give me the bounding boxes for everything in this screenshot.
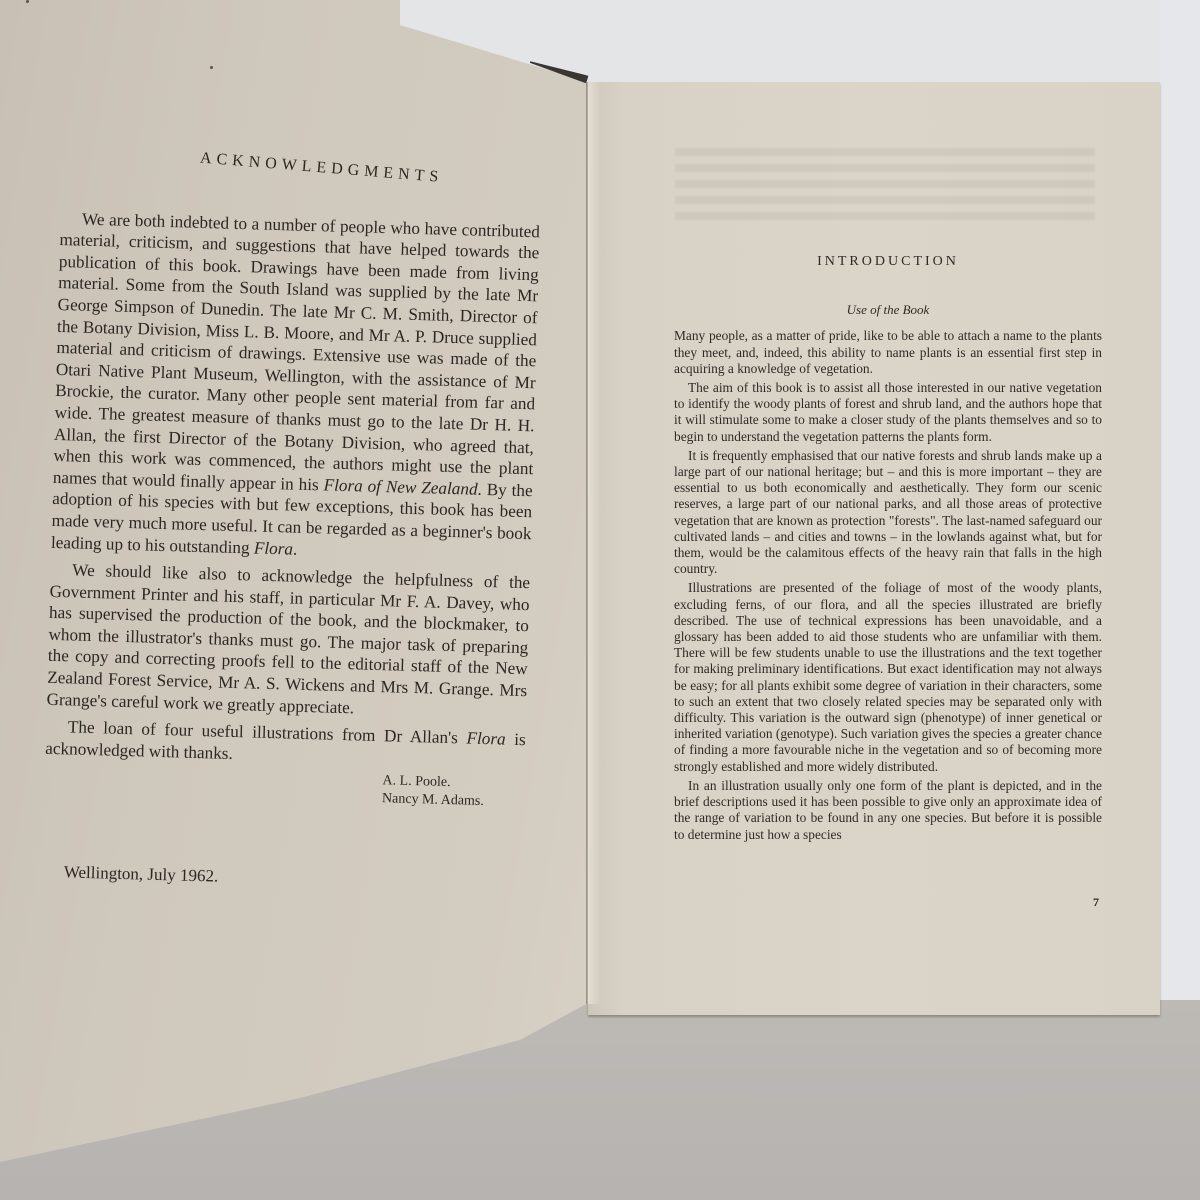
page-number: 7 — [1093, 895, 1099, 910]
ack-paragraph-2: We should like also to acknowledge the h… — [46, 559, 530, 723]
signature-adams: Nancy M. Adams. — [382, 791, 524, 813]
book-gutter — [586, 82, 588, 1004]
section-subtitle: Use of the Book — [674, 302, 1102, 318]
intro-paragraph-1: Many people, as a matter of pride, like … — [674, 328, 1102, 377]
intro-paragraph-4: Illustrations are presented of the folia… — [674, 580, 1102, 774]
introduction-section: INTRODUCTION Use of the Book Many people… — [674, 254, 1102, 846]
book-title-italic: Flora — [254, 538, 294, 558]
gutter-fold — [588, 82, 602, 1004]
paper-speck — [26, 0, 29, 3]
introduction-heading: INTRODUCTION — [674, 254, 1102, 270]
show-through-text — [675, 148, 1095, 228]
background-wall — [1160, 0, 1200, 1000]
text-run: We are both indebted to a number of peop… — [53, 209, 541, 494]
text-run: . — [293, 539, 298, 558]
intro-paragraph-5: In an illustration usually only one form… — [674, 778, 1102, 843]
text-run: We should like also to acknowledge the h… — [46, 561, 530, 717]
ack-paragraph-3: The loan of four useful illustrations fr… — [45, 716, 526, 773]
ack-paragraph-1: We are both indebted to a number of peop… — [51, 208, 540, 567]
paper-speck — [210, 66, 213, 69]
book-title-italic: Flora of New Zealand — [323, 475, 478, 498]
acknowledgments-section: ACKNOWLEDGMENTS We are both indebted to … — [42, 150, 542, 896]
book-title-italic: Flora — [466, 729, 506, 749]
intro-paragraph-2: The aim of this book is to assist all th… — [674, 380, 1102, 445]
intro-paragraph-3: It is frequently emphasised that our nat… — [674, 448, 1102, 578]
signatures: A. L. Poole. Nancy M. Adams. — [382, 773, 525, 813]
